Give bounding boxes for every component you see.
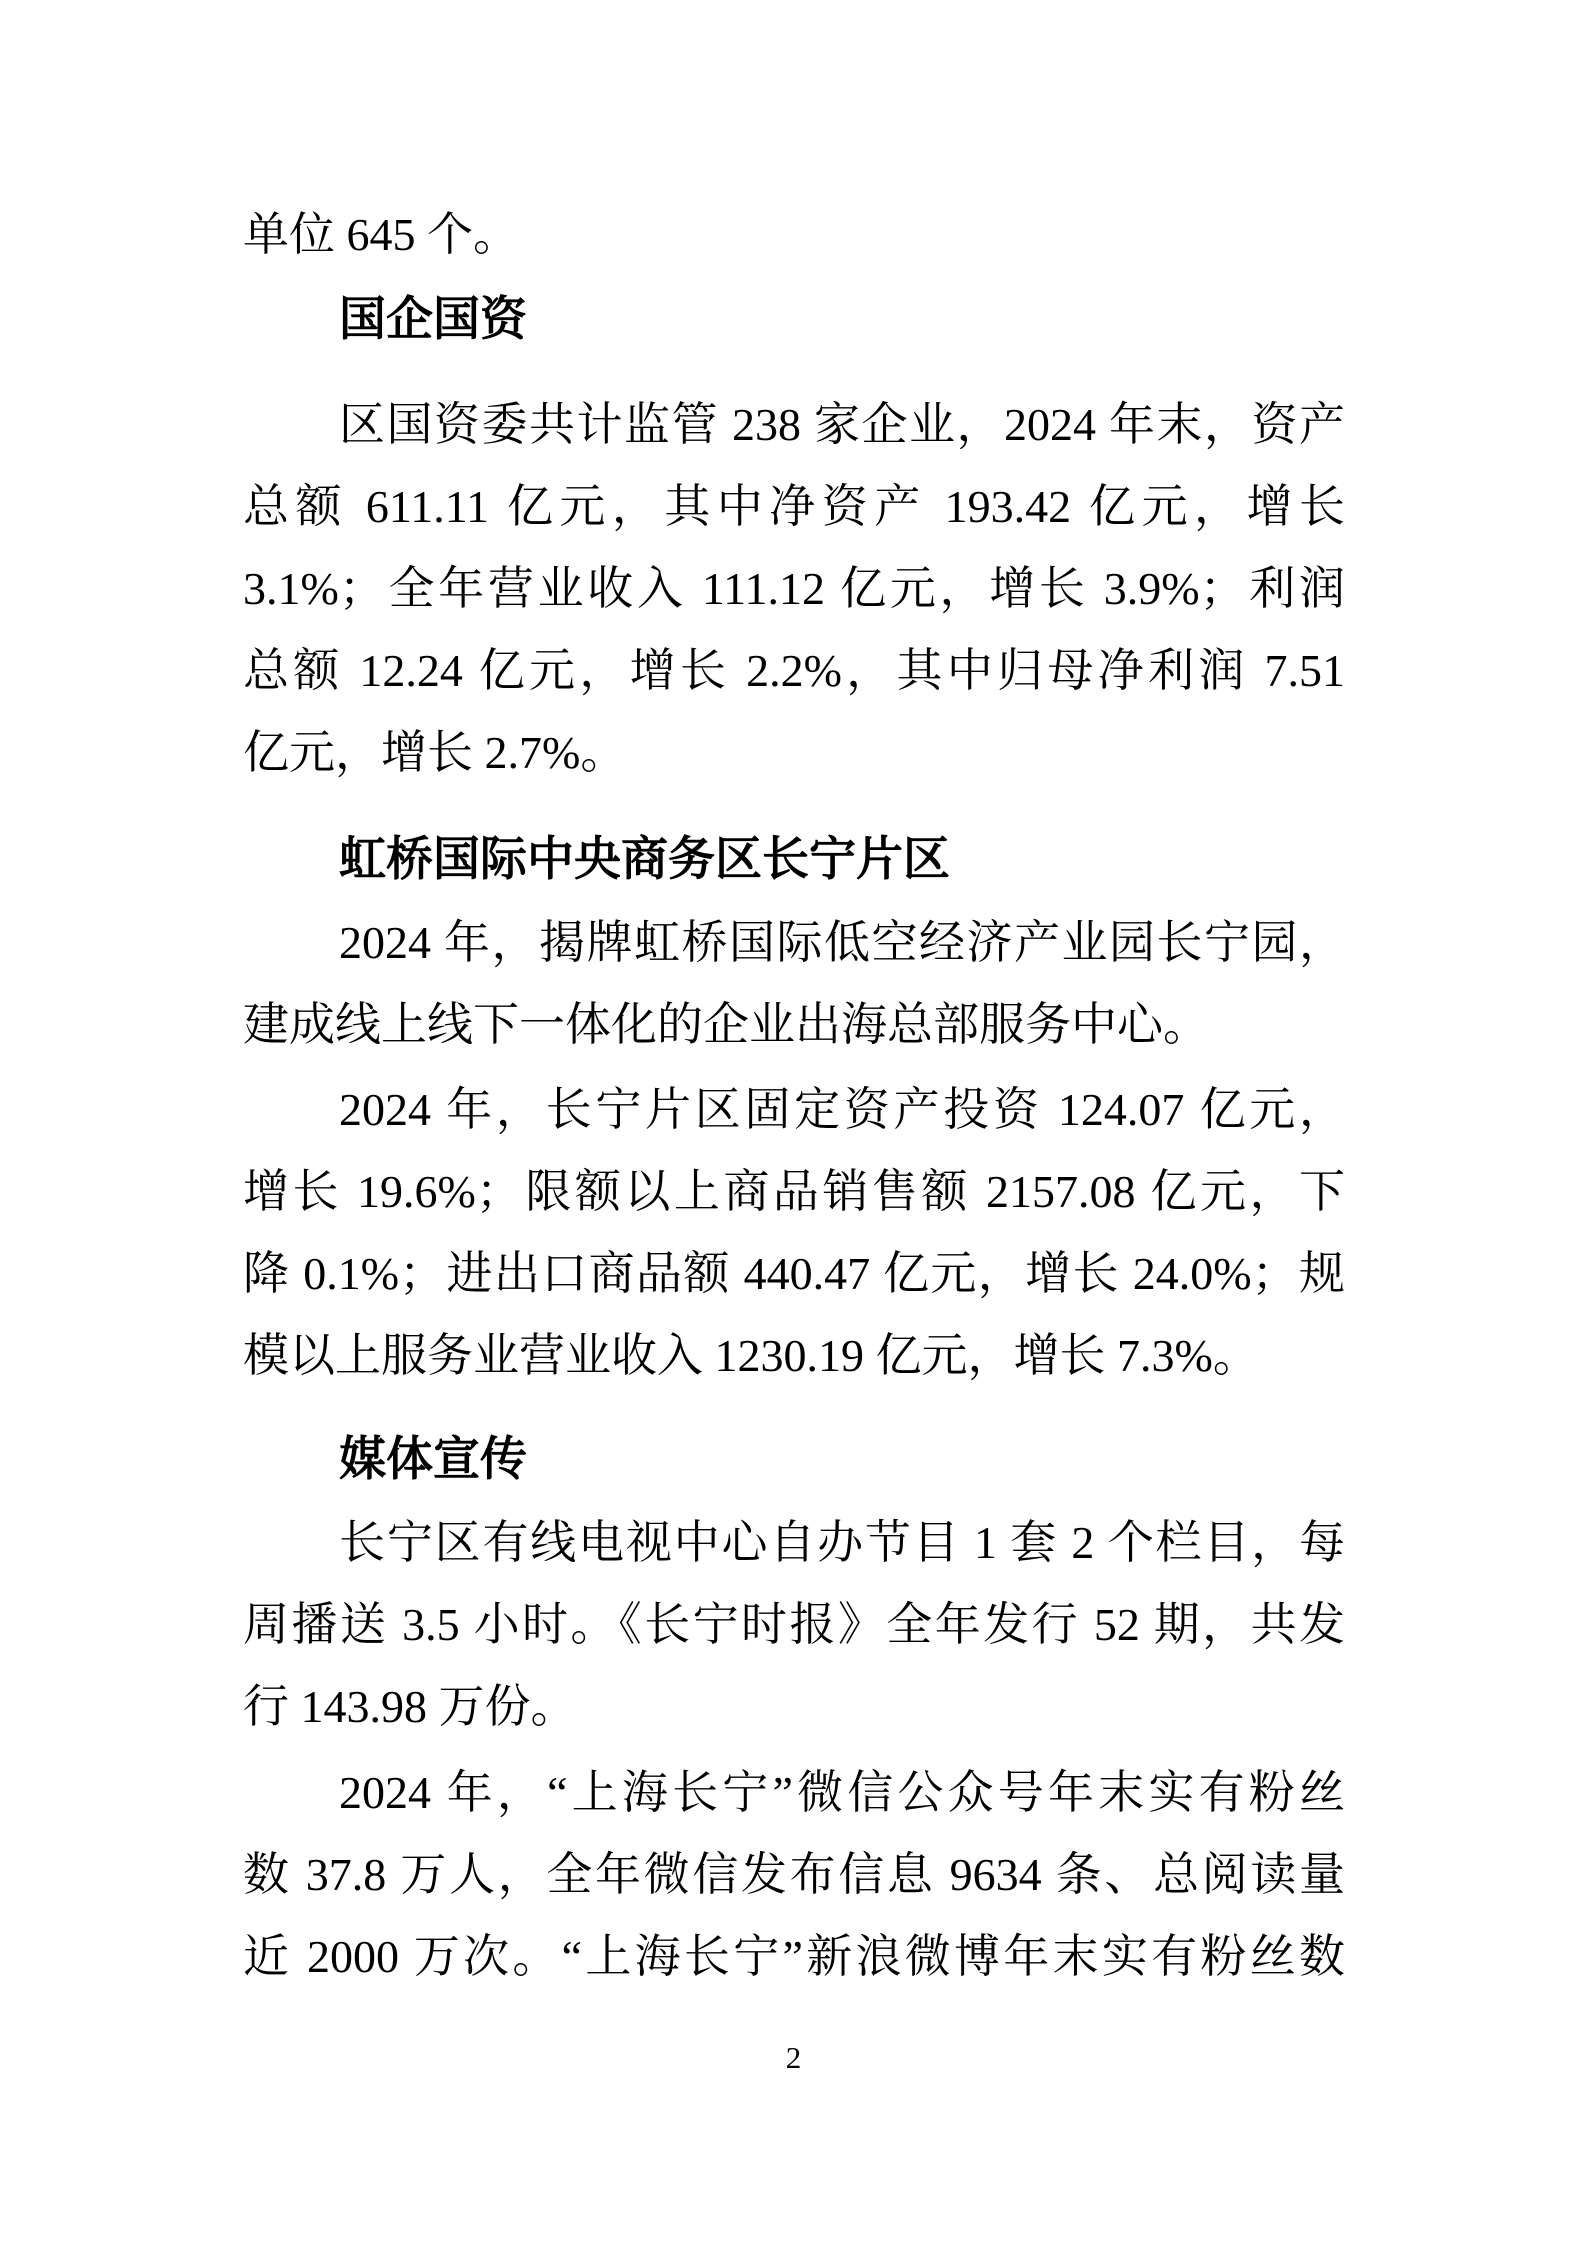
paragraph: 2024 年，长宁片区固定资产投资 124.07 亿元，增长 19.6%；限额以…	[243, 1069, 1345, 1397]
section-heading: 媒体宣传	[243, 1419, 1345, 1501]
section-heading: 国企国资	[243, 279, 1345, 361]
text-line: 增长 19.6%；限额以上商品销售额 2157.08 亿元，下	[243, 1151, 1345, 1233]
heading-text: 媒体宣传	[243, 1419, 1345, 1501]
text-line: 降 0.1%；进出口商品额 440.47 亿元，增长 24.0%；规	[243, 1233, 1345, 1315]
text-line: 长宁区有线电视中心自办节目 1 套 2 个栏目，每	[243, 1502, 1345, 1584]
section-heading: 虹桥国际中央商务区长宁片区	[243, 819, 1345, 901]
text-line: 区国资委共计监管 238 家企业，2024 年末，资产	[243, 384, 1345, 466]
page-number: 2	[0, 2040, 1587, 2076]
text-line: 2024 年，揭牌虹桥国际低空经济产业园长宁园，	[243, 902, 1345, 984]
paragraph: 长宁区有线电视中心自办节目 1 套 2 个栏目，每周播送 3.5 小时。《长宁时…	[243, 1502, 1345, 1748]
paragraph: 区国资委共计监管 238 家企业，2024 年末，资产总额 611.11 亿元，…	[243, 384, 1345, 794]
paragraph: 单位 645 个。	[243, 194, 1345, 276]
heading-text: 国企国资	[243, 279, 1345, 361]
text-line: 总额 12.24 亿元，增长 2.2%，其中归母净利润 7.51	[243, 630, 1345, 712]
heading-text: 虹桥国际中央商务区长宁片区	[243, 819, 1345, 901]
text-line: 3.1%；全年营业收入 111.12 亿元，增长 3.9%；利润	[243, 548, 1345, 630]
paragraph: 2024 年，揭牌虹桥国际低空经济产业园长宁园，建成线上线下一体化的企业出海总部…	[243, 902, 1345, 1066]
document-page: 单位 645 个。国企国资区国资委共计监管 238 家企业，2024 年末，资产…	[0, 0, 1587, 2245]
text-line: 周播送 3.5 小时。《长宁时报》全年发行 52 期，共发	[243, 1584, 1345, 1666]
text-line: 建成线上线下一体化的企业出海总部服务中心。	[243, 984, 1345, 1066]
text-line: 2024 年，长宁片区固定资产投资 124.07 亿元，	[243, 1069, 1345, 1151]
paragraph: 2024 年，“上海长宁”微信公众号年末实有粉丝数 37.8 万人，全年微信发布…	[243, 1752, 1345, 1998]
text-line: 数 37.8 万人，全年微信发布信息 9634 条、总阅读量	[243, 1834, 1345, 1916]
text-line: 单位 645 个。	[243, 194, 1345, 276]
text-line: 2024 年，“上海长宁”微信公众号年末实有粉丝	[243, 1752, 1345, 1834]
text-line: 行 143.98 万份。	[243, 1666, 1345, 1748]
text-line: 模以上服务业营业收入 1230.19 亿元，增长 7.3%。	[243, 1315, 1345, 1397]
text-line: 近 2000 万次。“上海长宁”新浪微博年末实有粉丝数	[243, 1916, 1345, 1998]
document-content: 单位 645 个。国企国资区国资委共计监管 238 家企业，2024 年末，资产…	[243, 194, 1345, 1998]
text-line: 总额 611.11 亿元，其中净资产 193.42 亿元，增长	[243, 466, 1345, 548]
text-line: 亿元，增长 2.7%。	[243, 712, 1345, 794]
